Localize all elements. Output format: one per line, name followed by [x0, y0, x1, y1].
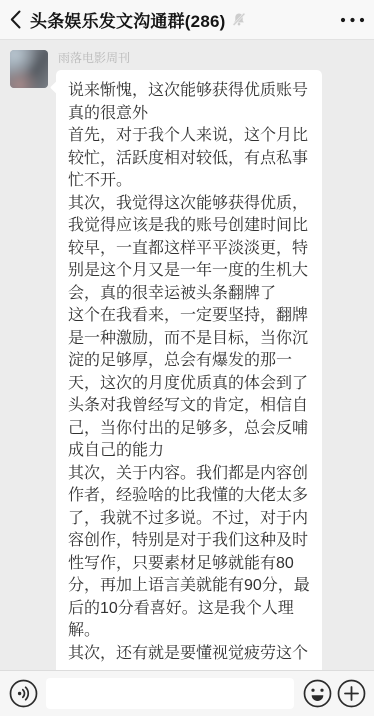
message-paragraph: 首先，对于我个人来说，这个月比较忙，活跃度相对较低，有点私事忙不开。 [68, 125, 310, 193]
more-options-button[interactable] [330, 0, 374, 40]
sender-name: 雨落电影周刊 [56, 51, 364, 66]
avatar-blurred-image [10, 50, 48, 88]
wechat-group-chat-screen: 头条娱乐发文沟通群(286) [0, 0, 374, 716]
sender-avatar[interactable] [10, 50, 48, 88]
message-bubble[interactable]: 说来惭愧，这次能够获得优质账号真的很意外首先，对于我个人来说，这个月比较忙，活跃… [56, 70, 322, 675]
more-attach-button[interactable] [334, 677, 368, 711]
smiley-face-icon [303, 679, 332, 708]
message-paragraph: 其次，关于内容。我们都是内容创作者，经验啥的比我懂的大佬太多了，我就不过多说。不… [68, 463, 310, 643]
chat-header: 头条娱乐发文沟通群(286) [0, 0, 374, 40]
message-paragraph: 这个在我看来，一定要坚持，翻牌是一种激励，而不是目标，当你沉淀的足够厚，总会有爆… [68, 305, 310, 463]
message-paragraph: 其次，我觉得这次能够获得优质，我觉得应该是我的账号创建时间比较早，一直都这样平平… [68, 193, 310, 306]
chevron-left-icon [10, 10, 21, 29]
message-paragraph: 说来惭愧，这次能够获得优质账号真的很意外 [68, 80, 310, 125]
emoji-button[interactable] [300, 677, 334, 711]
message-row: 雨落电影周刊 说来惭愧，这次能够获得优质账号真的很意外首先，对于我个人来说，这个… [0, 40, 374, 675]
message-column: 雨落电影周刊 说来惭愧，这次能够获得优质账号真的很意外首先，对于我个人来说，这个… [56, 40, 364, 675]
input-toolbar [0, 670, 374, 716]
plus-circle-icon [337, 679, 366, 708]
message-input[interactable] [46, 678, 294, 709]
message-paragraph: 其次，还有就是要懂视觉疲劳这个 [68, 643, 310, 666]
voice-sound-wave-icon [9, 679, 38, 708]
back-button[interactable] [0, 0, 30, 40]
ellipsis-menu-icon [340, 17, 365, 23]
voice-input-button[interactable] [6, 677, 40, 711]
chat-message-area[interactable]: 雨落电影周刊 说来惭愧，这次能够获得优质账号真的很意外首先，对于我个人来说，这个… [0, 40, 374, 716]
page-title: 头条娱乐发文沟通群(286) [30, 7, 226, 32]
bell-muted-icon [232, 12, 246, 27]
message-text: 说来惭愧，这次能够获得优质账号真的很意外首先，对于我个人来说，这个月比较忙，活跃… [68, 80, 310, 665]
